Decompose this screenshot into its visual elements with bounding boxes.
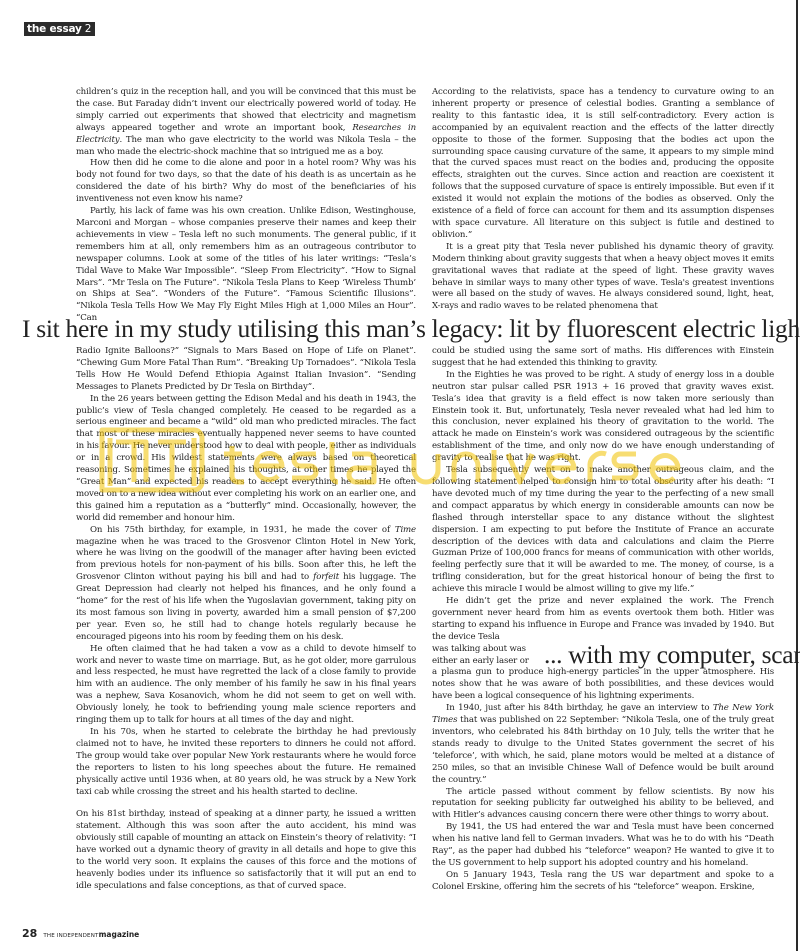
paragraph: Tesla subsequently went on to make anoth… — [432, 465, 774, 596]
magazine-label: magazine — [99, 930, 140, 939]
publication-name: THE INDEPENDENT — [43, 933, 98, 939]
paragraph: Radio Ignite Balloons?” “Signals to Mars… — [76, 346, 416, 394]
paragraph: children’s quiz in the reception hall, a… — [76, 87, 416, 158]
paragraph: On 5 January 1943, Tesla rang the US war… — [432, 870, 774, 894]
page-footer: 28 THE INDEPENDENT magazine — [22, 927, 139, 940]
magazine-title: Time — [395, 525, 416, 535]
paragraph: According to the relativists, space has … — [432, 87, 774, 242]
pull-quote: I sit here in my study utilising this ma… — [22, 314, 800, 344]
paragraph: On his 75th birthday, for example, in 19… — [76, 525, 416, 644]
column-right-top: According to the relativists, space has … — [432, 87, 774, 313]
paragraph: The article passed without comment by fe… — [432, 787, 774, 823]
column-left-bottom: Radio Ignite Balloons?” “Signals to Mars… — [76, 346, 416, 893]
paragraph: In his 70s, when he started to celebrate… — [76, 727, 416, 798]
paragraph: On his 81st birthday, instead of speakin… — [76, 809, 416, 892]
pull-quote-continuation: ... with my computer, scanner — [544, 640, 800, 670]
paragraph: It is a great pity that Tesla never publ… — [432, 242, 774, 313]
paragraph-wrap: was talking about was either an early la… — [432, 644, 540, 668]
column-right-bottom: could be studied using the same sort of … — [432, 346, 774, 894]
paragraph: By 1941, the US had entered the war and … — [432, 822, 774, 870]
paragraph: In the 26 years between getting the Edis… — [76, 394, 416, 525]
page-gutter-line — [796, 0, 798, 951]
section-badge: the essay2 — [24, 22, 95, 36]
paragraph: In the Eighties he was proved to be righ… — [432, 370, 774, 465]
paragraph: Partly, his lack of fame was his own cre… — [76, 206, 416, 325]
section-label: the essay — [27, 23, 82, 35]
paragraph: In 1940, just after his 84th birthday, h… — [432, 703, 774, 786]
paragraph: He often claimed that he had taken a vow… — [76, 644, 416, 727]
paragraph: How then did he come to die alone and po… — [76, 158, 416, 206]
paragraph: He didn’t get the prize and never explai… — [432, 596, 774, 644]
section-number: 2 — [85, 23, 91, 35]
paragraph: could be studied using the same sort of … — [432, 346, 774, 370]
page-number: 28 — [22, 927, 37, 940]
column-left-top: children’s quiz in the reception hall, a… — [76, 87, 416, 325]
paragraph: a plasma gun to produce high-energy part… — [432, 667, 774, 703]
